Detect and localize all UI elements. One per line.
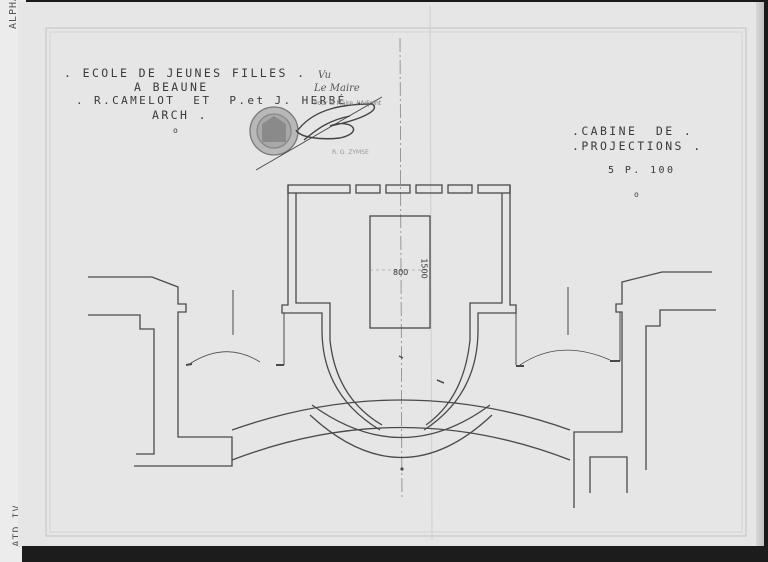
scan-bottom-edge: [22, 546, 768, 562]
sheet-title-line2: .PROJECTIONS .: [572, 139, 703, 153]
right-wing-walls: [516, 272, 716, 508]
sheet-title-mark: o: [634, 188, 641, 202]
municipal-seal: [250, 107, 298, 155]
school-name: . ECOLE DE JEUNES FILLES .: [64, 66, 306, 80]
scale-label: 5 P. 100: [608, 164, 675, 178]
title-mark: o: [173, 124, 180, 138]
vu-text: Vu: [318, 70, 331, 81]
approval-note: R. G. ZYMSE: [332, 149, 369, 156]
pour-le-maire-text: Pour le Maire, l'Adjoint: [314, 100, 381, 107]
dimension-length: 1500: [420, 258, 429, 278]
drawing-sheet: . ECOLE DE JEUNES FILLES . A BEAUNE . R.…: [18, 2, 764, 546]
cabin-side-walls: [282, 185, 516, 340]
left-wing-walls: [88, 277, 284, 466]
floor-plan-drawing: [18, 2, 764, 546]
sheet-title-line1: .CABINE DE .: [572, 124, 693, 138]
school-location: A BEAUNE: [134, 80, 209, 94]
le-maire-text: Le Maire: [314, 83, 360, 94]
dimension-width: 800: [393, 268, 408, 277]
cabin-top-wall: [288, 185, 510, 193]
architect-label: ARCH .: [152, 108, 208, 122]
